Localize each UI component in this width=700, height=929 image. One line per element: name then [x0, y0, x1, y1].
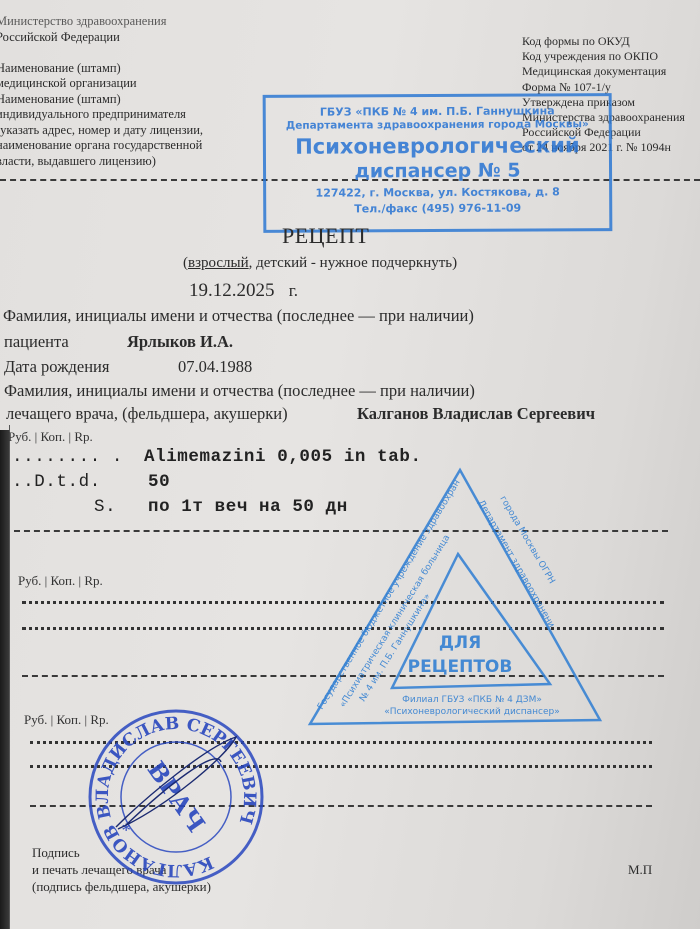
stamp-line: Департамента здравоохранения города Моск… — [266, 118, 609, 132]
doctor-name: Калганов Владислав Сергеевич — [357, 404, 595, 424]
issuer-line: Наименование (штамп) — [0, 92, 203, 108]
stamp-line: Тел./факс (495) 976-11-09 — [266, 201, 609, 216]
seal-mark: М.П — [628, 862, 652, 877]
doctor-label: лечащего врача, (фельдшера, акушерки) — [6, 404, 288, 424]
prescription-form: Министерство здравоохранения Российской … — [0, 0, 700, 929]
stamp-text: «Психоневрологический диспансер» — [384, 707, 560, 717]
form-code-line: Медицинская документация — [522, 64, 685, 79]
stamp-line: Психоневрологический — [266, 133, 609, 159]
form-left-border — [9, 425, 10, 929]
form-code-line: Код учреждения по ОКПО — [522, 49, 685, 64]
date-suffix: г. — [289, 281, 298, 300]
stamp-line: ГБУЗ «ПКБ № 4 им. П.Б. Ганнушкина — [266, 104, 609, 119]
issuer-block: Министерство здравоохранения Российской … — [0, 14, 203, 169]
rx-header: Руб. | Коп. | Rp. — [18, 573, 103, 589]
doctor-seal: КАЛГАНОВ ВЛАДИСЛАВ СЕРГЕЕВИЧ ВРАЧ * — [86, 707, 266, 887]
birth-date: 07.04.1988 — [178, 357, 252, 377]
stamp-center: РЕЦЕПТОВ — [408, 657, 513, 677]
form-code-line: Код формы по ОКУД — [522, 34, 685, 49]
stamp-text: Филиал ГБУЗ «ПКБ № 4 ДЗМ» — [402, 695, 542, 705]
stamp-center: ДЛЯ — [439, 633, 481, 653]
birth-date-label: Дата рождения — [4, 357, 109, 377]
institution-stamp: ГБУЗ «ПКБ № 4 им. П.Б. Ганнушкина Департ… — [263, 93, 613, 233]
patient-type-selected: взрослый — [188, 255, 249, 271]
document-title: РЕЦЕПТ — [282, 223, 369, 249]
prescription-date: 19.12.2025 г. — [189, 280, 298, 302]
rx-signa-label: S. — [94, 497, 116, 517]
issuer-line: Российской Федерации — [0, 30, 203, 46]
patient-name-label: Фамилия, инициалы имени и отчества (посл… — [3, 306, 474, 326]
triangle-stamp: Государственное бюджетное учреждение здр… — [300, 462, 620, 730]
issuer-line: медицинской организации — [0, 76, 203, 92]
seal-center-text: ВРАЧ — [142, 756, 212, 838]
stamp-line: 127422, г. Москва, ул. Костякова, д. 8 — [266, 185, 609, 200]
rx-dtd-label: ..D.t.d. — [12, 472, 101, 492]
date-value: 19.12.2025 — [189, 280, 275, 301]
issuer-line — [0, 45, 203, 61]
patient-type-rest: , детский - нужное подчеркнуть) — [249, 255, 457, 271]
issuer-line: власти, выдавшего лицензию) — [0, 154, 203, 170]
issuer-line: индивидуального предпринимателя — [0, 107, 203, 123]
issuer-line: наименование органа государственной — [0, 138, 203, 154]
issuer-line: Министерство здравоохранения — [0, 14, 203, 30]
patient-type-selector: (взрослый, детский - нужное подчеркнуть) — [183, 255, 457, 272]
signature-label: Подпись — [32, 845, 80, 860]
rx-quantity: 50 — [148, 472, 170, 492]
rx-header: Руб. | Коп. | Rp. — [8, 429, 93, 445]
page-edge-shadow — [0, 430, 9, 929]
patient-name: Ярлыков И.А. — [127, 332, 233, 352]
stamp-line: диспансер № 5 — [266, 159, 609, 183]
patient-label: пациента — [4, 332, 69, 352]
rx-dots: ........ . — [12, 447, 123, 467]
issuer-line: Наименование (штамп) — [0, 61, 203, 77]
issuer-line: (указать адрес, номер и дату лицензии, — [0, 123, 203, 139]
doctor-name-label: Фамилия, инициалы имени и отчества (посл… — [4, 381, 475, 401]
